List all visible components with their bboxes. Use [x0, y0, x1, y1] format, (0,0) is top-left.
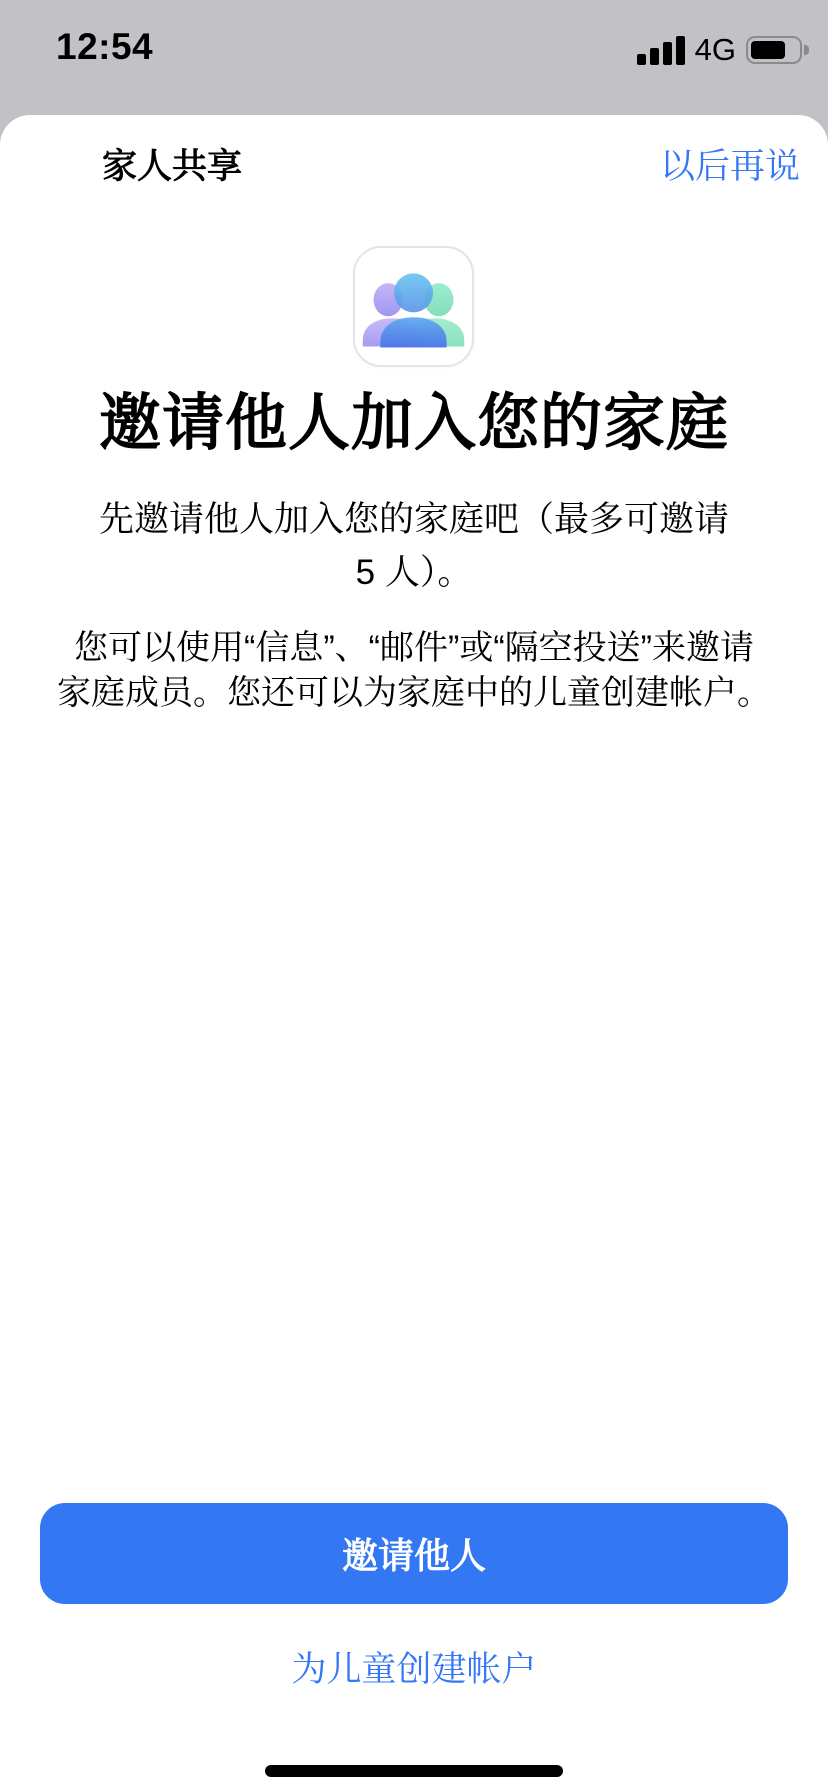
home-indicator[interactable] — [265, 1765, 563, 1777]
iphone-screen: 12:54 4G 家人共享 以后再说 — [0, 0, 828, 1792]
cellular-signal-icon — [637, 35, 685, 65]
status-bar: 12:54 4G — [0, 0, 828, 100]
sheet-header: 家人共享 以后再说 — [0, 115, 828, 205]
dismiss-later-button[interactable]: 以后再说 — [660, 139, 800, 189]
description-text: 您可以使用“信息”、“邮件”或“隔空投送”来邀请 家庭成员。您还可以为家庭中的儿… — [18, 626, 810, 716]
status-time: 12:54 — [56, 26, 153, 68]
network-type-label: 4G — [695, 32, 736, 68]
page-title: 邀请他人加入您的家庭 — [20, 387, 808, 460]
subtitle-text: 先邀请他人加入您的家庭吧（最多可邀请 5 人）。 — [60, 493, 768, 599]
status-icons: 4G — [637, 30, 802, 70]
family-sharing-icon — [353, 246, 474, 367]
sheet-title: 家人共享 — [102, 139, 242, 189]
invite-others-button[interactable]: 邀请他人 — [40, 1503, 788, 1604]
family-sharing-sheet: 家人共享 以后再说 — [0, 115, 828, 1792]
create-child-account-link[interactable]: 为儿童创建帐户 — [0, 1642, 828, 1692]
battery-icon — [746, 36, 802, 64]
